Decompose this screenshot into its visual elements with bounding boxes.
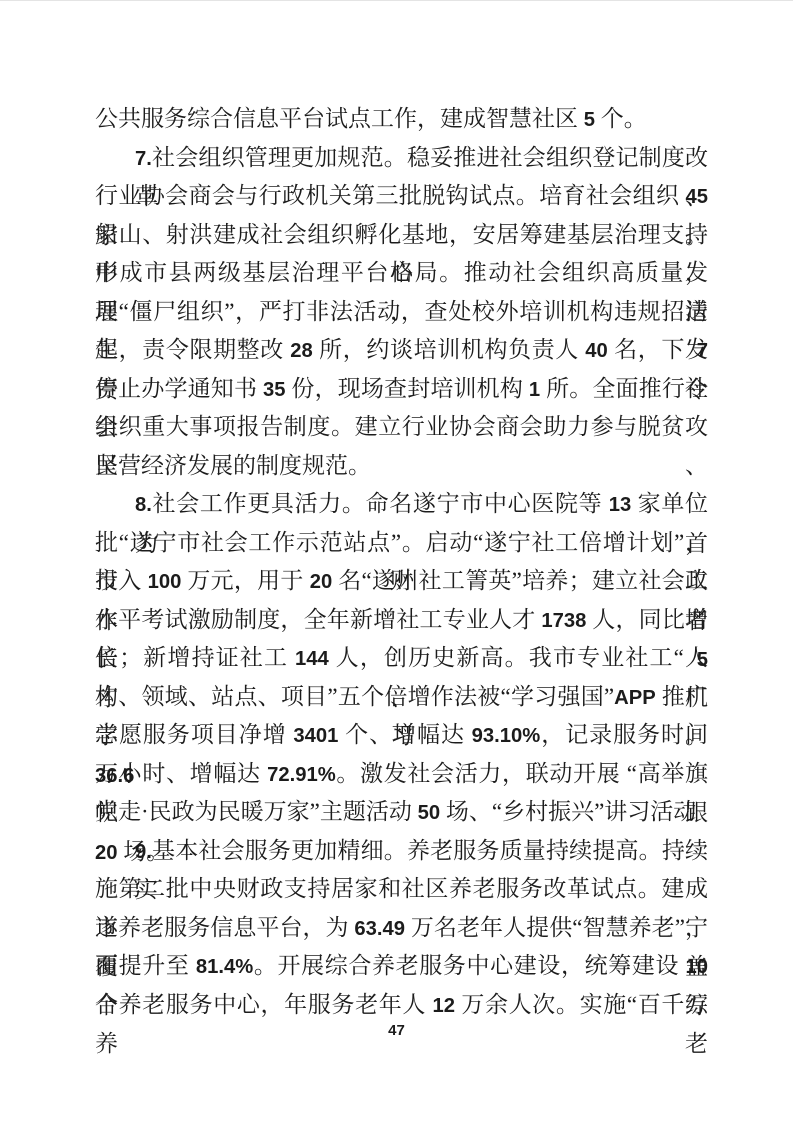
text-line: 行业协会商会与行政机关第三批脱钩试点。培育社会组织 45 家。 <box>95 177 708 216</box>
text-line: 水平考试激励制度，全年新增社工专业人才 1738 人，同比增长 5 <box>95 601 708 640</box>
text-line: 停止办学通知书 35 份，现场查封培训机构 1 所。全面推行社会 <box>95 370 708 409</box>
text-line: 7.社会组织管理更加规范。稳妥推进社会组织登记制度改革、 <box>95 139 708 178</box>
text-line: 施第二批中央财政支持居家和社区养老服务改革试点。建成遂宁 <box>95 870 708 909</box>
text-line: 理“僵尸组织”，严打非法活动，查处校外培训机构违规招送生 7 <box>95 293 708 332</box>
western-text: 50 <box>418 802 441 824</box>
document-body-text: 公共服务综合信息平台试点工作，建成智慧社区 5 个。 7.社会组织管理更加规范。… <box>95 100 708 1024</box>
western-text: 63.49 <box>354 918 405 940</box>
western-text: 100 <box>148 571 182 593</box>
text-line: 船山、射洪建成社会组织孵化基地，安居筹建基层治理支持中心， <box>95 216 708 255</box>
text-line: 形成市县两级基层治理平台格局。推动社会组织高质量发展，清 <box>95 254 708 293</box>
text-line: 倍；新增持证社工 144 人，创历史新高。我市专业社工“人才、机 <box>95 639 708 678</box>
paragraph-continuation: 公共服务综合信息平台试点工作，建成智慧社区 5 个。 <box>95 100 708 139</box>
text-line: 公共服务综合信息平台试点工作，建成智慧社区 5 个。 <box>95 100 708 139</box>
text-line: 党走·民政为民暖万家”主题活动 50 场、“乡村振兴”讲习活动 20 场。 <box>95 793 708 832</box>
western-text: 40 <box>585 340 608 362</box>
western-text: 35 <box>263 379 286 401</box>
text-line: 合养老服务中心，年服务老年人 12 万余人次。实施“百千万养老 <box>95 986 708 1025</box>
western-text: 9. <box>135 841 152 863</box>
western-text: APP <box>614 687 656 709</box>
western-text: 81.4% <box>196 956 253 978</box>
text-line: 构、领域、站点、项目”五个倍增作法被“学习强国”APP 推广学习。 <box>95 678 708 717</box>
western-text: 3401 <box>293 725 338 747</box>
text-line: 万小时、增幅达 72.91%。激发社会活力，联动开展 “高举旗帜跟 <box>95 755 708 794</box>
text-line: 面提升至 81.4%。开展综合养老服务中心建设，统筹建设 10 个综 <box>95 947 708 986</box>
text-line: 投入 100 万元，用于 20 名“遂州社工箐英”培养；建立社会工作者 <box>95 562 708 601</box>
western-text: 28 <box>290 340 313 362</box>
western-text: 144 <box>295 648 329 670</box>
western-text: 1 <box>529 379 540 401</box>
western-text: 12 <box>432 995 455 1017</box>
western-text: 20 <box>95 842 118 864</box>
text-line: 起，责令限期整改 28 所，约谈培训机构负责人 40 名，下发责令 <box>95 331 708 370</box>
western-text: 72.91% <box>267 764 336 786</box>
western-text: 45 <box>685 186 708 208</box>
paragraph-item-7: 7.社会组织管理更加规范。稳妥推进社会组织登记制度改革、 行业协会商会与行政机关… <box>95 139 708 486</box>
text-line: 市养老服务信息平台，为 63.49 万名老年人提供“智慧养老”，覆盖 <box>95 909 708 948</box>
western-text: 93.10% <box>472 725 541 747</box>
western-text: 5 <box>584 109 595 131</box>
western-text: 8. <box>135 494 152 516</box>
paragraph-item-9: 9.基本社会服务更加精细。养老服务质量持续提高。持续实 施第二批中央财政支持居家… <box>95 832 708 1025</box>
text-line: 8.社会工作更具活力。命名遂宁市中心医院等 13 家单位为首 <box>95 485 708 524</box>
text-line: 组织重大事项报告制度。建立行业协会商会助力参与脱贫攻坚、 <box>95 408 708 447</box>
western-text: 20 <box>310 571 333 593</box>
western-text: 10 <box>686 956 709 978</box>
western-text: 7. <box>135 148 152 170</box>
western-text: 1738 <box>541 610 586 632</box>
paragraph-item-8: 8.社会工作更具活力。命名遂宁市中心医院等 13 家单位为首 批“遂宁市社会工作… <box>95 485 708 832</box>
page-number-footer: 47 <box>0 1022 793 1039</box>
text-line: 志愿服务项目净增 3401 个、增幅达 93.10%，记录服务时间 36.6 <box>95 716 708 755</box>
document-page: 公共服务综合信息平台试点工作，建成智慧社区 5 个。 7.社会组织管理更加规范。… <box>0 0 793 1122</box>
western-text: 13 <box>609 494 632 516</box>
text-line: 9.基本社会服务更加精细。养老服务质量持续提高。持续实 <box>95 832 708 871</box>
text-line: 批“遂宁市社会工作示范站点”。启动“遂宁社工倍增计划”，市财政 <box>95 524 708 563</box>
